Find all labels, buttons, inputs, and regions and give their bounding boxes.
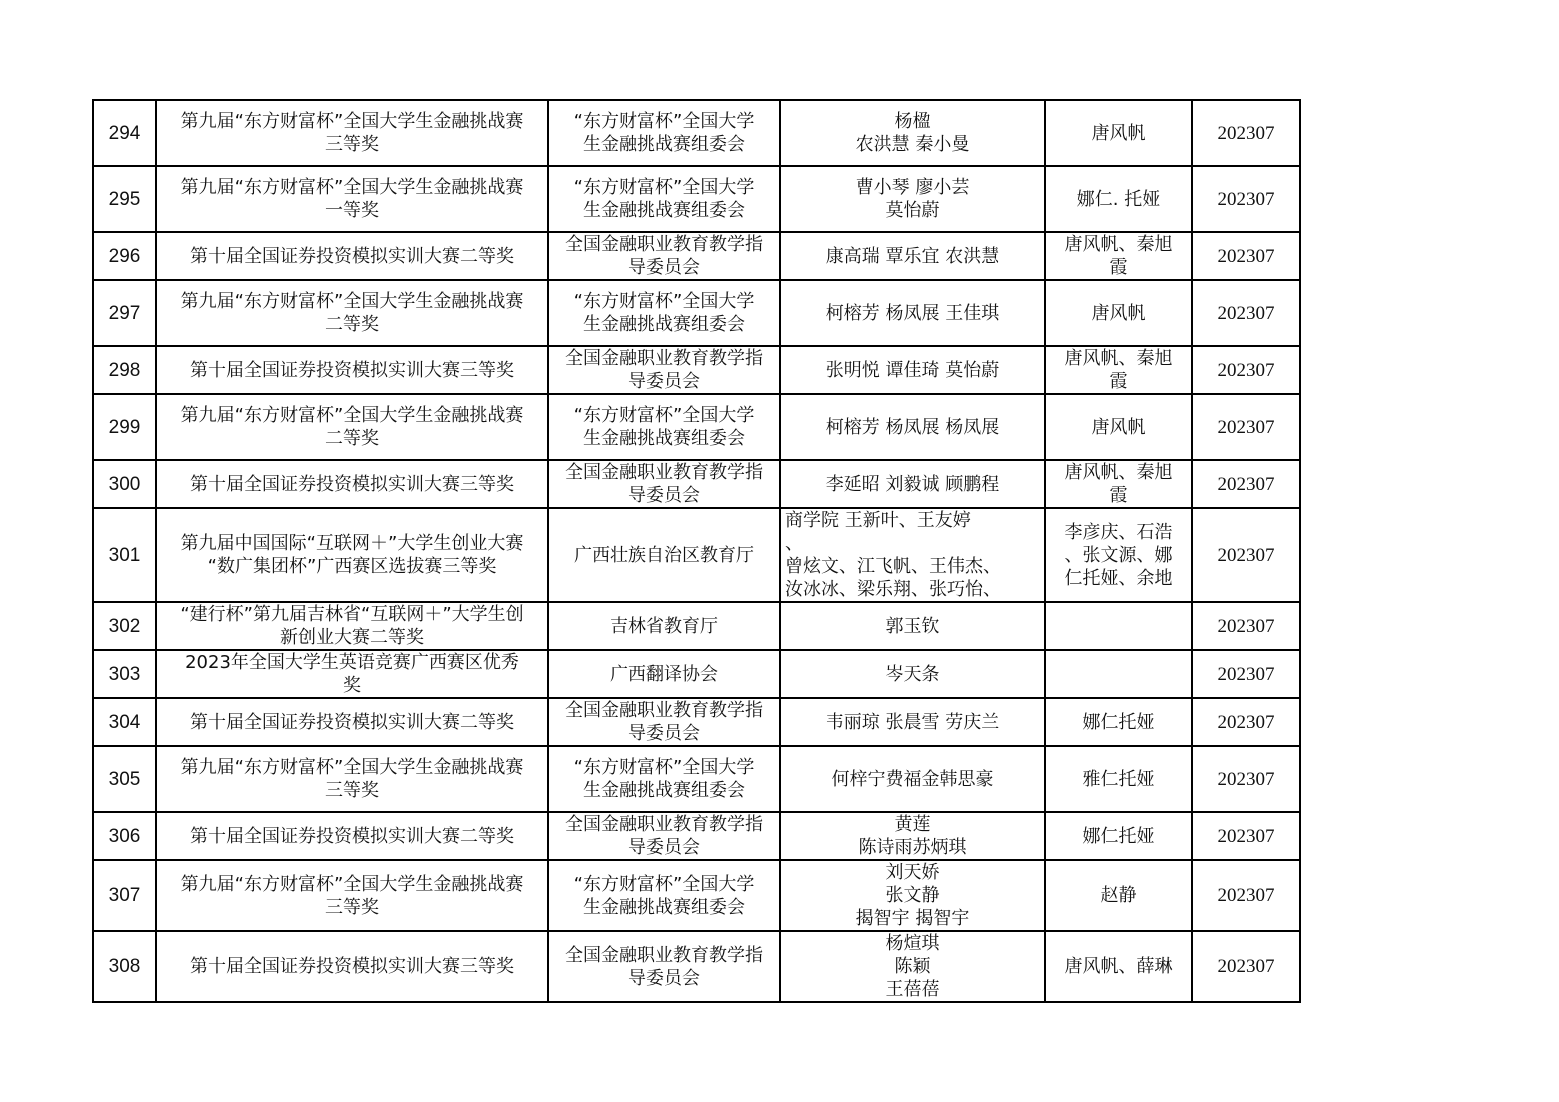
issuing-organization: 全国金融职业教育教学指 导委员会: [548, 232, 780, 280]
award-name: 第九届“东方财富杯”全国大学生金融挑战赛 二等奖: [156, 394, 548, 460]
table-row: 297 第九届“东方财富杯”全国大学生金融挑战赛 二等奖 “东方财富杯”全国大学…: [93, 280, 1300, 346]
award-date: 202307: [1192, 166, 1300, 232]
students: 岑天条: [780, 650, 1045, 698]
award-name: 第九届“东方财富杯”全国大学生金融挑战赛 三等奖: [156, 746, 548, 812]
row-number: 305: [93, 746, 156, 812]
issuing-organization: “东方财富杯”全国大学 生金融挑战赛组委会: [548, 394, 780, 460]
award-name: 第九届“东方财富杯”全国大学生金融挑战赛 二等奖: [156, 280, 548, 346]
issuing-organization: 广西壮族自治区教育厅: [548, 508, 780, 602]
award-name: 第九届“东方财富杯”全国大学生金融挑战赛 三等奖: [156, 100, 548, 166]
advisor: 李彦庆、石浩 、张文源、娜 仁托娅、余地: [1045, 508, 1192, 602]
advisor: 唐风帆、秦旭 霞: [1045, 232, 1192, 280]
award-date: 202307: [1192, 346, 1300, 394]
students: 柯榕芳 杨凤展 王佳琪: [780, 280, 1045, 346]
award-name: 第十届全国证券投资模拟实训大赛二等奖: [156, 812, 548, 860]
advisor: 唐风帆: [1045, 100, 1192, 166]
issuing-organization: 吉林省教育厅: [548, 602, 780, 650]
advisor: 唐风帆、秦旭 霞: [1045, 346, 1192, 394]
advisor: 雅仁托娅: [1045, 746, 1192, 812]
award-name: 第九届“东方财富杯”全国大学生金融挑战赛 一等奖: [156, 166, 548, 232]
award-name: 2023年全国大学生英语竞赛广西赛区优秀 奖: [156, 650, 548, 698]
award-name: 第十届全国证券投资模拟实训大赛二等奖: [156, 232, 548, 280]
issuing-organization: 全国金融职业教育教学指 导委员会: [548, 460, 780, 508]
students: 康高瑞 覃乐宜 农洪慧: [780, 232, 1045, 280]
students: 张明悦 谭佳琦 莫怡蔚: [780, 346, 1045, 394]
issuing-organization: 全国金融职业教育教学指 导委员会: [548, 346, 780, 394]
award-date: 202307: [1192, 746, 1300, 812]
row-number: 299: [93, 394, 156, 460]
row-number: 303: [93, 650, 156, 698]
table-row: 303 2023年全国大学生英语竞赛广西赛区优秀 奖 广西翻译协会 岑天条 20…: [93, 650, 1300, 698]
table-row: 301 第九届中国国际“互联网＋”大学生创业大赛 “数广集团杯”广西赛区选拔赛三…: [93, 508, 1300, 602]
advisor: [1045, 650, 1192, 698]
table-row: 302 “建行杯”第九届吉林省“互联网＋”大学生创 新创业大赛二等奖 吉林省教育…: [93, 602, 1300, 650]
students: 杨楹 农洪慧 秦小曼: [780, 100, 1045, 166]
award-date: 202307: [1192, 698, 1300, 746]
advisor: 娜仁. 托娅: [1045, 166, 1192, 232]
advisor: 娜仁托娅: [1045, 812, 1192, 860]
students: 曹小琴 廖小芸 莫怡蔚: [780, 166, 1045, 232]
advisor: 娜仁托娅: [1045, 698, 1192, 746]
row-number: 308: [93, 931, 156, 1002]
table-row: 300 第十届全国证券投资模拟实训大赛三等奖 全国金融职业教育教学指 导委员会 …: [93, 460, 1300, 508]
row-number: 294: [93, 100, 156, 166]
award-date: 202307: [1192, 100, 1300, 166]
issuing-organization: “东方财富杯”全国大学 生金融挑战赛组委会: [548, 100, 780, 166]
issuing-organization: 全国金融职业教育教学指 导委员会: [548, 698, 780, 746]
row-number: 300: [93, 460, 156, 508]
table-row: 294 第九届“东方财富杯”全国大学生金融挑战赛 三等奖 “东方财富杯”全国大学…: [93, 100, 1300, 166]
award-name: 第十届全国证券投资模拟实训大赛三等奖: [156, 460, 548, 508]
award-name: “建行杯”第九届吉林省“互联网＋”大学生创 新创业大赛二等奖: [156, 602, 548, 650]
table-row: 308 第十届全国证券投资模拟实训大赛三等奖 全国金融职业教育教学指 导委员会 …: [93, 931, 1300, 1002]
students: 刘天娇 张文静 揭智宇 揭智宇: [780, 860, 1045, 931]
advisor: 唐风帆、薛琳: [1045, 931, 1192, 1002]
advisor: 唐风帆、秦旭 霞: [1045, 460, 1192, 508]
advisor: 唐风帆: [1045, 280, 1192, 346]
award-name: 第九届中国国际“互联网＋”大学生创业大赛 “数广集团杯”广西赛区选拔赛三等奖: [156, 508, 548, 602]
table-row: 305 第九届“东方财富杯”全国大学生金融挑战赛 三等奖 “东方财富杯”全国大学…: [93, 746, 1300, 812]
award-name: 第九届“东方财富杯”全国大学生金融挑战赛 三等奖: [156, 860, 548, 931]
award-date: 202307: [1192, 812, 1300, 860]
table-row: 307 第九届“东方财富杯”全国大学生金融挑战赛 三等奖 “东方财富杯”全国大学…: [93, 860, 1300, 931]
issuing-organization: 广西翻译协会: [548, 650, 780, 698]
row-number: 298: [93, 346, 156, 394]
table-row: 296 第十届全国证券投资模拟实训大赛二等奖 全国金融职业教育教学指 导委员会 …: [93, 232, 1300, 280]
table-row: 299 第九届“东方财富杯”全国大学生金融挑战赛 二等奖 “东方财富杯”全国大学…: [93, 394, 1300, 460]
row-number: 296: [93, 232, 156, 280]
award-name: 第十届全国证券投资模拟实训大赛二等奖: [156, 698, 548, 746]
award-date: 202307: [1192, 460, 1300, 508]
students: 郭玉钦: [780, 602, 1045, 650]
row-number: 297: [93, 280, 156, 346]
issuing-organization: “东方财富杯”全国大学 生金融挑战赛组委会: [548, 280, 780, 346]
students: 韦丽琼 张晨雪 劳庆兰: [780, 698, 1045, 746]
table-row: 306 第十届全国证券投资模拟实训大赛二等奖 全国金融职业教育教学指 导委员会 …: [93, 812, 1300, 860]
table-row: 304 第十届全国证券投资模拟实训大赛二等奖 全国金融职业教育教学指 导委员会 …: [93, 698, 1300, 746]
issuing-organization: “东方财富杯”全国大学 生金融挑战赛组委会: [548, 166, 780, 232]
award-date: 202307: [1192, 280, 1300, 346]
advisor: 唐风帆: [1045, 394, 1192, 460]
award-date: 202307: [1192, 650, 1300, 698]
award-date: 202307: [1192, 508, 1300, 602]
advisor: [1045, 602, 1192, 650]
issuing-organization: “东方财富杯”全国大学 生金融挑战赛组委会: [548, 860, 780, 931]
row-number: 304: [93, 698, 156, 746]
row-number: 295: [93, 166, 156, 232]
award-date: 202307: [1192, 602, 1300, 650]
row-number: 307: [93, 860, 156, 931]
award-name: 第十届全国证券投资模拟实训大赛三等奖: [156, 931, 548, 1002]
advisor: 赵静: [1045, 860, 1192, 931]
row-number: 302: [93, 602, 156, 650]
table-row: 295 第九届“东方财富杯”全国大学生金融挑战赛 一等奖 “东方财富杯”全国大学…: [93, 166, 1300, 232]
students: 柯榕芳 杨凤展 杨凤展: [780, 394, 1045, 460]
award-date: 202307: [1192, 931, 1300, 1002]
issuing-organization: 全国金融职业教育教学指 导委员会: [548, 812, 780, 860]
students: 李延昭 刘毅诚 顾鹏程: [780, 460, 1045, 508]
issuing-organization: 全国金融职业教育教学指 导委员会: [548, 931, 780, 1002]
students: 商学院 王新叶、王友婷 、 曾炫文、江飞帆、王伟杰、 汝冰冰、梁乐翔、张巧怡、: [780, 508, 1045, 602]
row-number: 306: [93, 812, 156, 860]
table-row: 298 第十届全国证券投资模拟实训大赛三等奖 全国金融职业教育教学指 导委员会 …: [93, 346, 1300, 394]
award-date: 202307: [1192, 860, 1300, 931]
awards-table: 294 第九届“东方财富杯”全国大学生金融挑战赛 三等奖 “东方财富杯”全国大学…: [92, 99, 1301, 1003]
students: 黄莲 陈诗雨苏炳琪: [780, 812, 1045, 860]
award-name: 第十届全国证券投资模拟实训大赛三等奖: [156, 346, 548, 394]
award-date: 202307: [1192, 232, 1300, 280]
students: 杨煊琪 陈颖 王蓓蓓: [780, 931, 1045, 1002]
row-number: 301: [93, 508, 156, 602]
students: 何梓宁费福金韩思豪: [780, 746, 1045, 812]
issuing-organization: “东方财富杯”全国大学 生金融挑战赛组委会: [548, 746, 780, 812]
award-date: 202307: [1192, 394, 1300, 460]
